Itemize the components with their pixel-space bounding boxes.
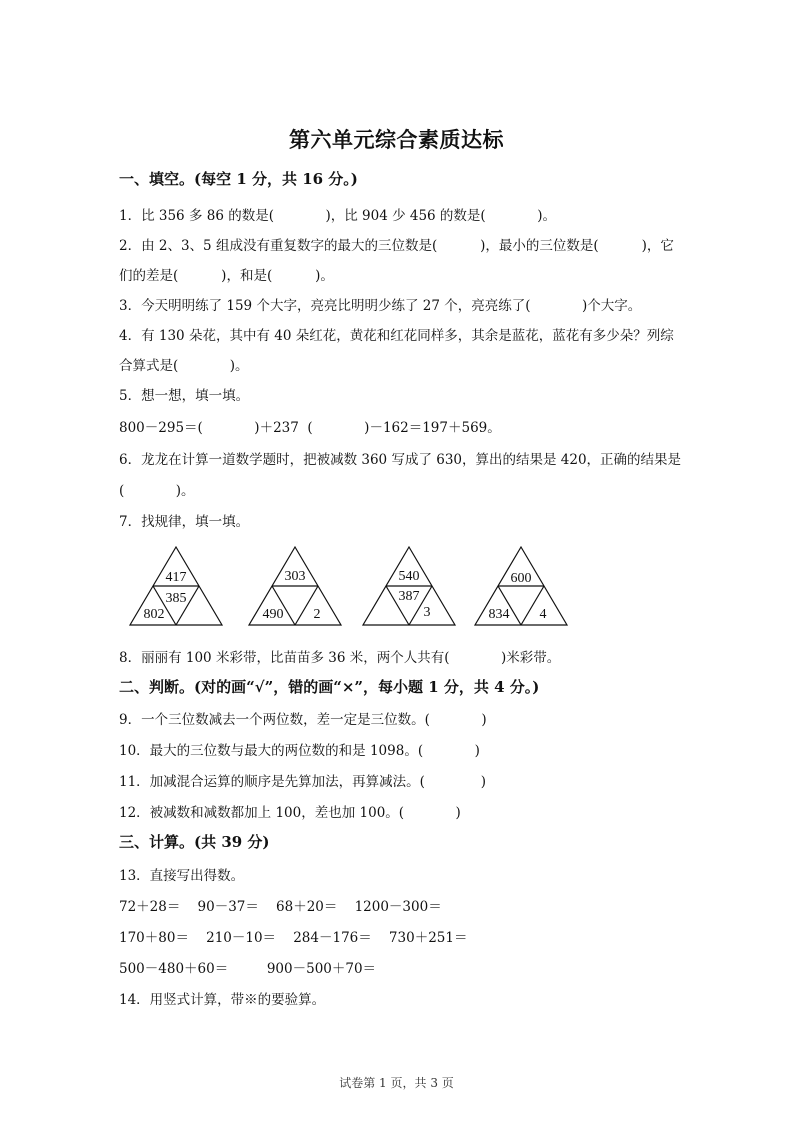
question-3: 3．今天明明练了 159 个大字，亮亮比明明少练了 27 个，亮亮练了( )个大… bbox=[119, 294, 641, 314]
calc-row-1: 72＋28＝ 90－37＝ 68＋20＝ 1200－300＝ bbox=[119, 895, 442, 915]
question-12: 12．被减数和减数都加上 100，差也加 100。( ) bbox=[119, 801, 461, 821]
question-5: 5．想一想，填一填。 bbox=[119, 384, 249, 404]
triangle-left-value: 490 bbox=[263, 607, 284, 622]
question-5-equations: 800－295＝( )＋237 ( )－162＝197＋569。 bbox=[119, 416, 501, 436]
question-2-line-1: 2．由 2、3、5 组成没有重复数字的最大的三位数是( )，最小的三位数是( )… bbox=[119, 234, 674, 254]
triangle-top-value: 303 bbox=[285, 569, 306, 584]
question-10: 10．最大的三位数与最大的两位数的和是 1098。( ) bbox=[119, 739, 480, 759]
triangle-left-value: 802 bbox=[144, 607, 165, 622]
page-title: 第六单元综合素质达标 bbox=[0, 124, 793, 154]
question-2-line-2: 们的差是( )，和是( )。 bbox=[119, 264, 334, 284]
question-6-line-1: 6．龙龙在计算一道数学题时，把被减数 360 写成了 630，算出的结果是 42… bbox=[119, 448, 681, 468]
question-9: 9．一个三位数减去一个两位数，差一定是三位数。( ) bbox=[119, 708, 487, 728]
question-7: 7．找规律，填一填。 bbox=[119, 510, 249, 530]
triangle-left-value: 834 bbox=[489, 607, 510, 622]
triangle-middle-value: 387 bbox=[399, 589, 420, 604]
question-8: 8．丽丽有 100 米彩带，比苗苗多 36 米，两个人共有( )米彩带。 bbox=[119, 646, 560, 666]
triangle-top-value: 417 bbox=[166, 570, 187, 585]
section-heading-calculation: 三、计算。(共 39 分) bbox=[119, 831, 270, 852]
triangle-top-value: 600 bbox=[511, 571, 532, 586]
triangle-right-value: 2 bbox=[314, 607, 321, 622]
question-14: 14．用竖式计算，带※的要验算。 bbox=[119, 988, 325, 1008]
triangle-right-value: 3 bbox=[424, 605, 431, 620]
triangle-puzzle-2: 303 490 2 bbox=[247, 545, 343, 627]
question-4-line-1: 4．有 130 朵花，其中有 40 朵红花，黄花和红花同样多，其余是蓝花，蓝花有… bbox=[119, 324, 674, 344]
triangle-puzzle-3: 540 387 3 bbox=[361, 545, 457, 627]
question-4-line-2: 合算式是( )。 bbox=[119, 354, 249, 374]
question-11: 11．加减混合运算的顺序是先算加法，再算减法。( ) bbox=[119, 770, 486, 790]
triangle-right-value: 4 bbox=[540, 607, 547, 622]
page-footer: 试卷第 1 页，共 3 页 bbox=[0, 1074, 793, 1091]
calc-row-3: 500－480＋60＝ 900－500＋70＝ bbox=[119, 957, 376, 977]
triangle-puzzle-1: 417 385 802 bbox=[128, 545, 224, 627]
question-1: 1．比 356 多 86 的数是( )，比 904 少 456 的数是( )。 bbox=[119, 204, 556, 224]
triangle-puzzle-4: 600 834 4 bbox=[473, 545, 569, 627]
triangle-top-value: 540 bbox=[399, 569, 420, 584]
question-13: 13．直接写出得数。 bbox=[119, 864, 244, 884]
section-heading-judgement: 二、判断。(对的画“√”，错的画“×”，每小题 1 分，共 4 分。) bbox=[119, 676, 539, 697]
triangle-middle-value: 385 bbox=[166, 591, 187, 606]
calc-row-2: 170＋80＝ 210－10＝ 284－176＝ 730＋251＝ bbox=[119, 926, 467, 946]
question-6-line-2: ( )。 bbox=[119, 479, 195, 499]
section-heading-fill-blank: 一、填空。(每空 1 分，共 16 分。) bbox=[119, 168, 358, 189]
